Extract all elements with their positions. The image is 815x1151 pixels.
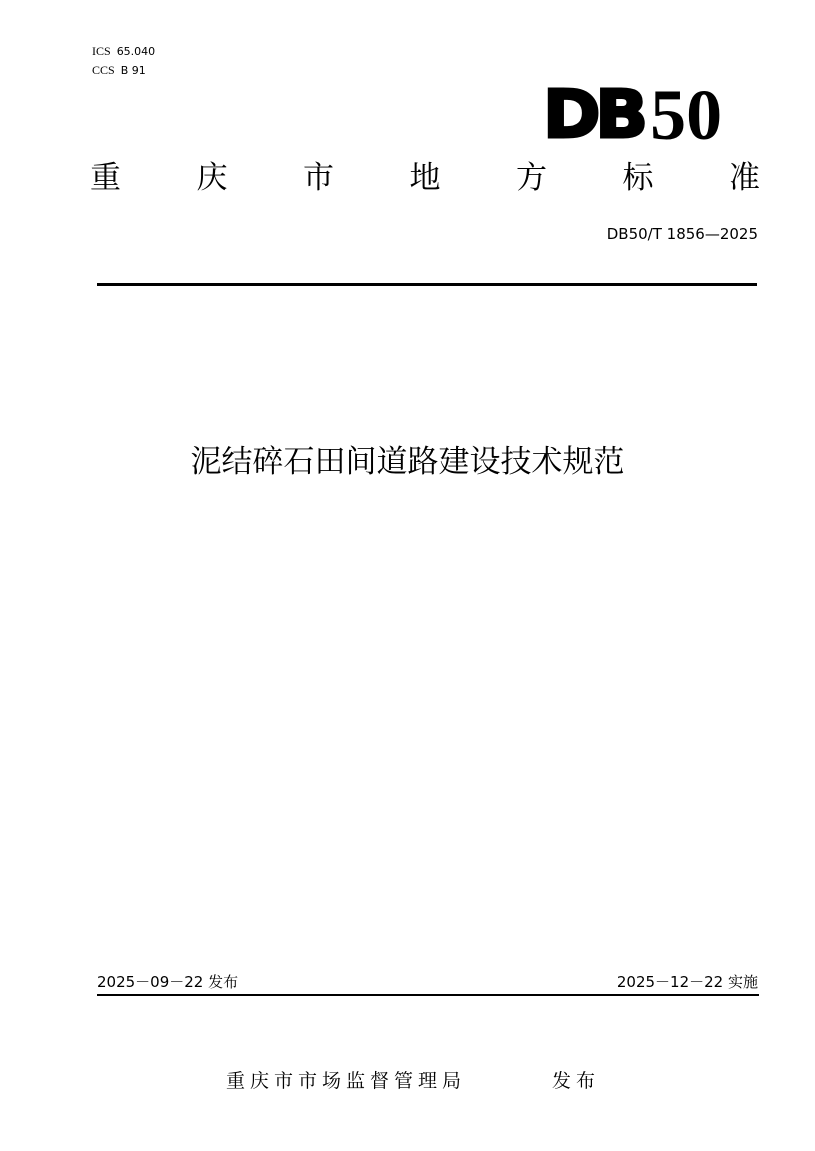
standard-type-char: 地	[410, 158, 441, 198]
footer-divider	[97, 994, 759, 996]
ccs-value: B 91	[121, 64, 146, 77]
standard-type-char: 准	[729, 158, 760, 198]
document-title: 泥结碎石田间道路建设技术规范	[0, 440, 815, 484]
publish-action: 发布	[552, 1066, 600, 1093]
ics-code: ICS65.040	[92, 40, 155, 59]
ccs-label: CCS	[92, 63, 115, 77]
standard-type-char: 庆	[197, 158, 228, 198]
standard-number: DB50/T 1856—2025	[607, 225, 758, 243]
standard-type-char: 标	[623, 158, 654, 198]
standard-type-char: 市	[303, 158, 334, 198]
standard-type-heading: 重 庆 市 地 方 标 准	[90, 158, 760, 198]
standard-type-char: 方	[516, 158, 547, 198]
standard-type-char: 重	[90, 158, 121, 198]
ccs-code: CCSB 91	[92, 59, 146, 78]
header-divider	[97, 283, 757, 286]
ics-value: 65.040	[117, 45, 156, 58]
ics-label: ICS	[92, 44, 111, 58]
publisher-name: 重庆市市场监督管理局	[226, 1066, 466, 1093]
db-logo: DB 50	[543, 82, 722, 144]
issue-date: 2025－09－22 发布	[97, 971, 238, 992]
db-logo-number: 50	[650, 86, 722, 144]
db-logo-letters: DB	[543, 86, 643, 144]
implementation-date: 2025－12－22 实施	[617, 971, 758, 992]
